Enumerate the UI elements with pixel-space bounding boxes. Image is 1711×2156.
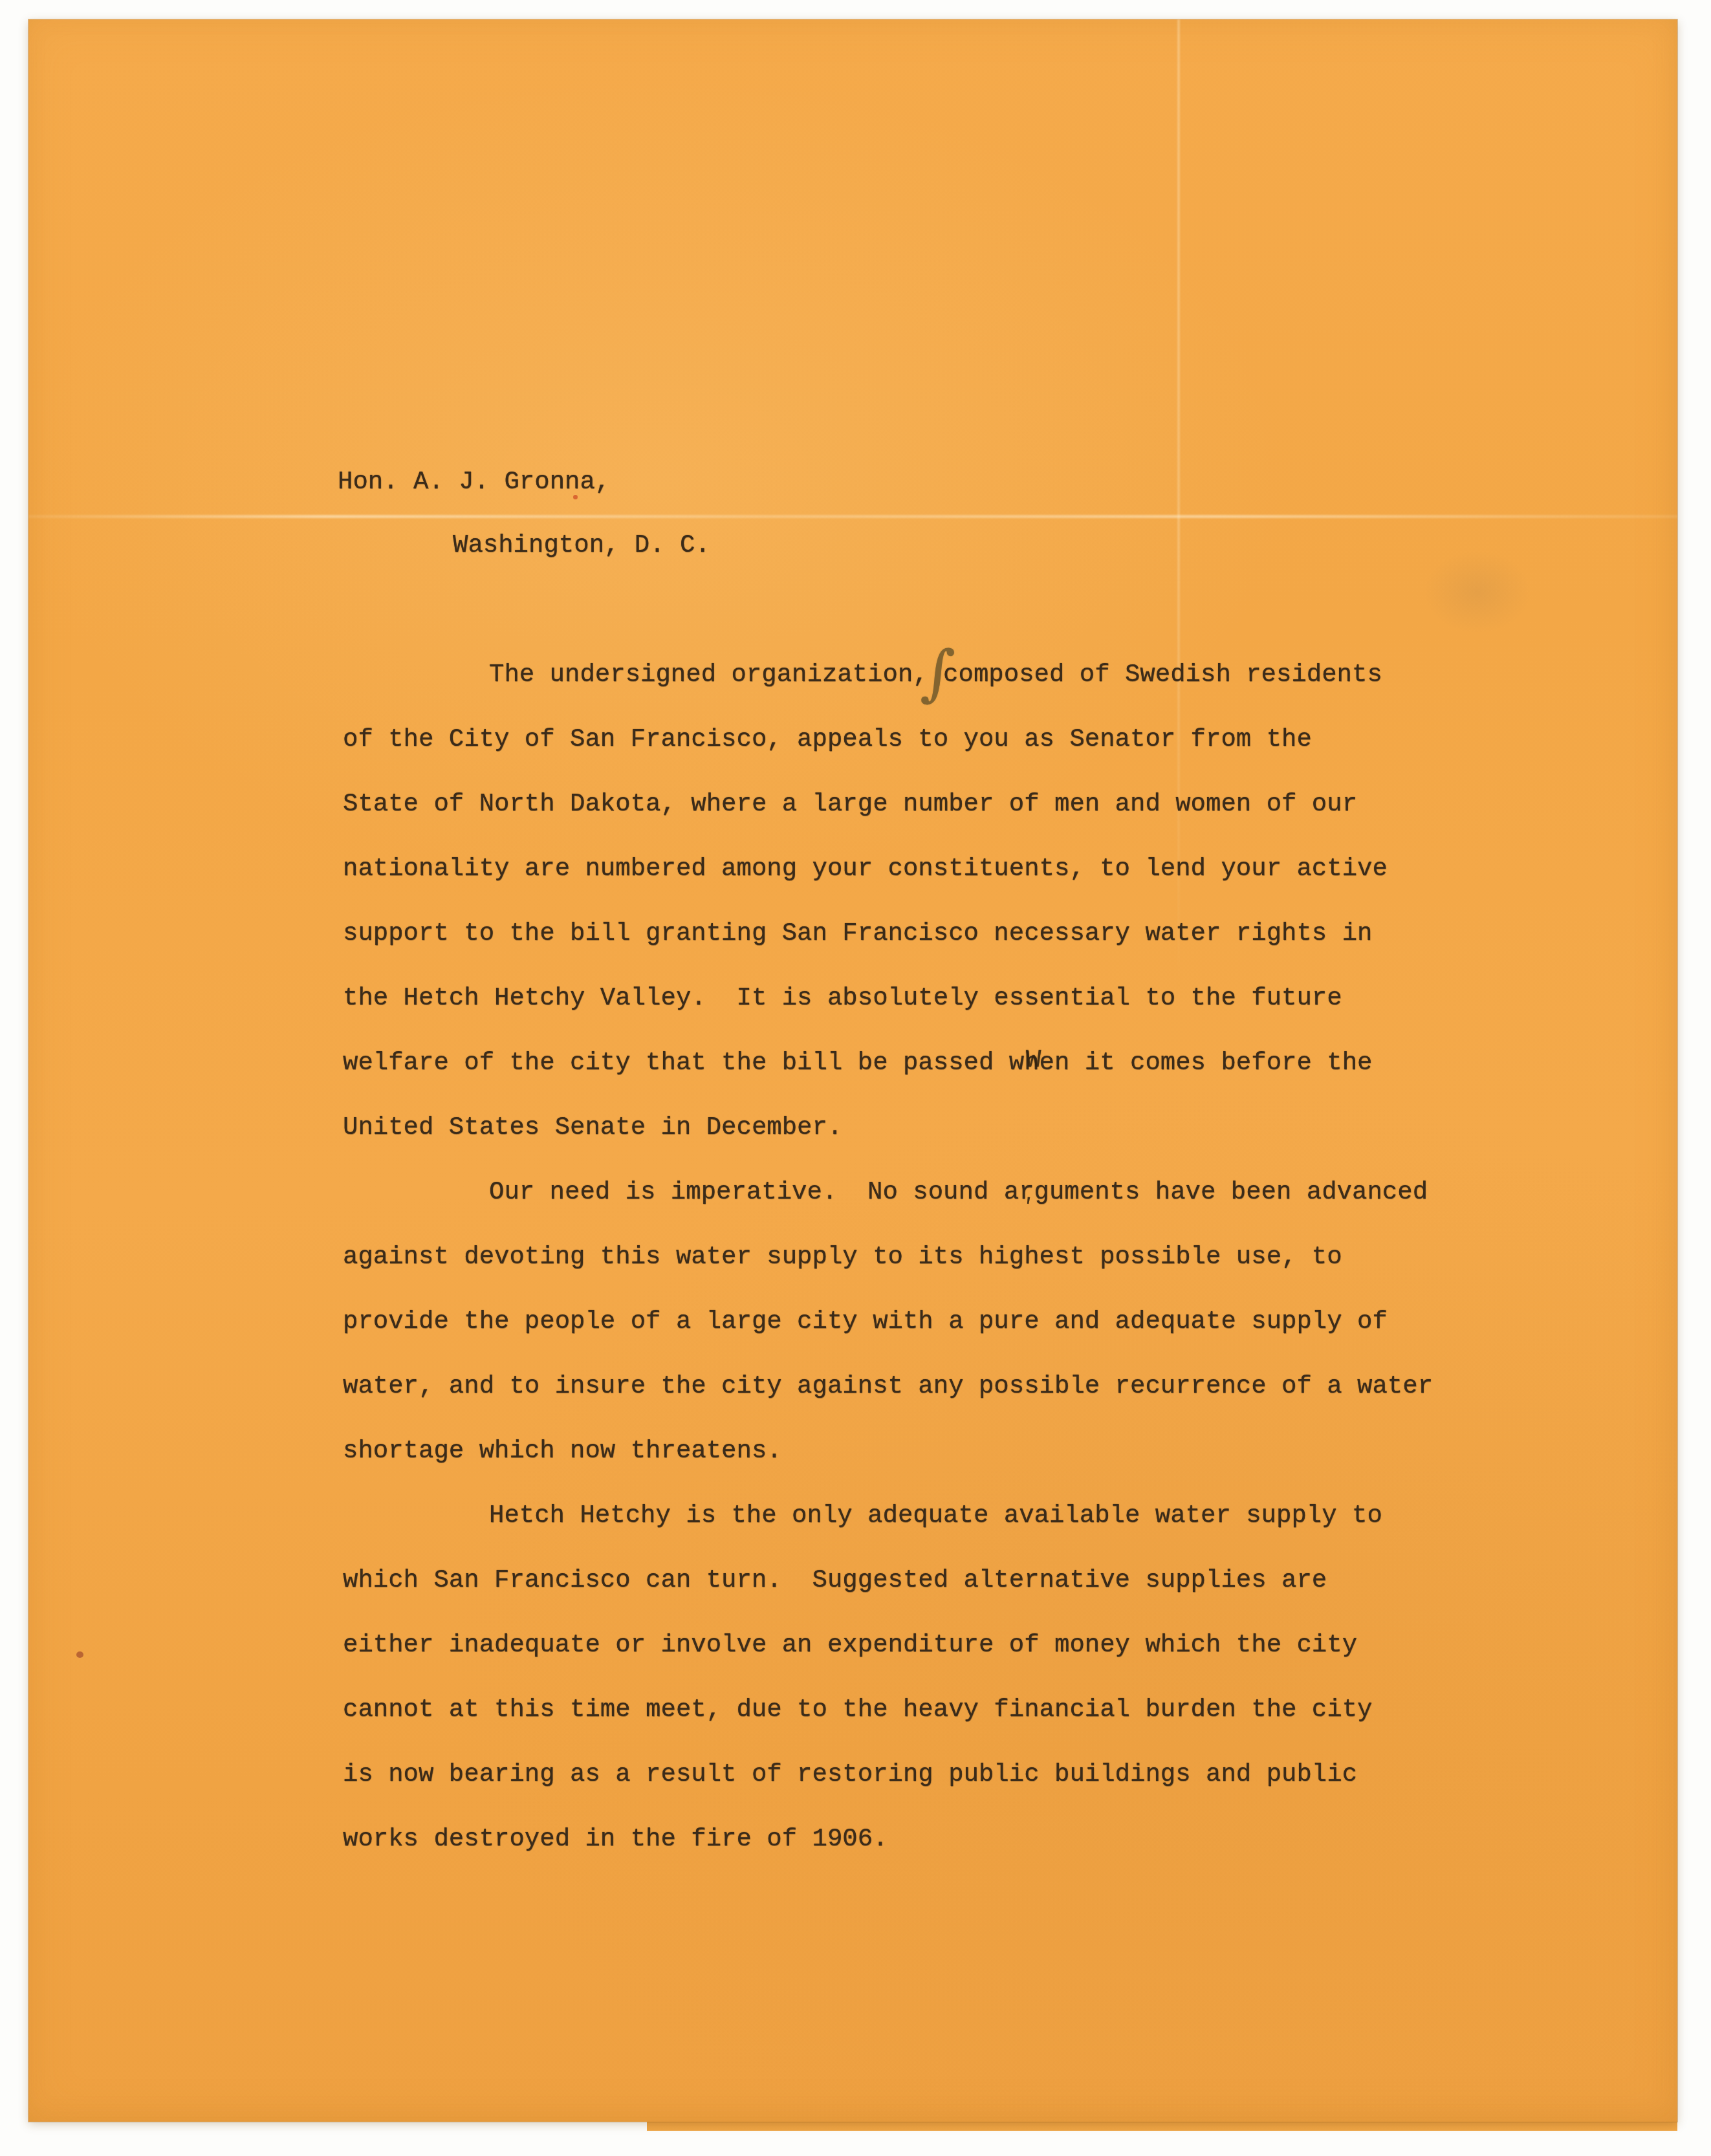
paper-smudge <box>1406 537 1549 647</box>
paper-speck <box>76 1651 83 1658</box>
body-line: the Hetch Hetchy Valley. It is absolutel… <box>343 983 1342 1013</box>
body-line: State of North Dakota, where a large num… <box>343 789 1357 819</box>
body-line: Hetch Hetchy is the only adequate availa… <box>489 1501 1382 1530</box>
body-line: welfare of the city that the bill be pas… <box>343 1048 1372 1078</box>
body-line: support to the bill granting San Francis… <box>343 919 1372 948</box>
recipient-address: Washington, D. C. <box>453 530 710 560</box>
stray-ink-mark: ' <box>1019 1196 1036 1220</box>
vertical-fold-crease <box>1177 19 1180 990</box>
body-line: against devoting this water supply to it… <box>343 1242 1342 1272</box>
handwritten-insertion-mark: ∫ <box>920 640 957 704</box>
body-line: either inadequate or involve an expendit… <box>343 1630 1357 1660</box>
overstruck-letter-overlay: W <box>1026 1045 1041 1075</box>
body-line: which San Francisco can turn. Suggested … <box>343 1565 1327 1595</box>
body-line: cannot at this time meet, due to the hea… <box>343 1695 1372 1725</box>
horizontal-fold-crease <box>28 515 1677 518</box>
body-line: Our need is imperative. No sound argumen… <box>489 1177 1428 1207</box>
body-line: nationality are numbered among your cons… <box>343 854 1388 884</box>
recipient-name: Hon. A. J. Gronna, <box>338 467 610 497</box>
body-line: water, and to insure the city against an… <box>343 1371 1433 1401</box>
body-line: United States Senate in December. <box>343 1113 842 1142</box>
scan-background: Hon. A. J. Gronna, Washington, D. C. The… <box>0 0 1711 2156</box>
body-line: is now bearing as a result of restoring … <box>343 1759 1357 1789</box>
body-line: works destroyed in the fire of 1906. <box>343 1824 888 1854</box>
body-line: of the City of San Francisco, appeals to… <box>343 724 1312 754</box>
body-line: shortage which now threatens. <box>343 1436 782 1466</box>
letter-paper: Hon. A. J. Gronna, Washington, D. C. The… <box>28 19 1677 2122</box>
body-line: provide the people of a large city with … <box>343 1307 1388 1336</box>
